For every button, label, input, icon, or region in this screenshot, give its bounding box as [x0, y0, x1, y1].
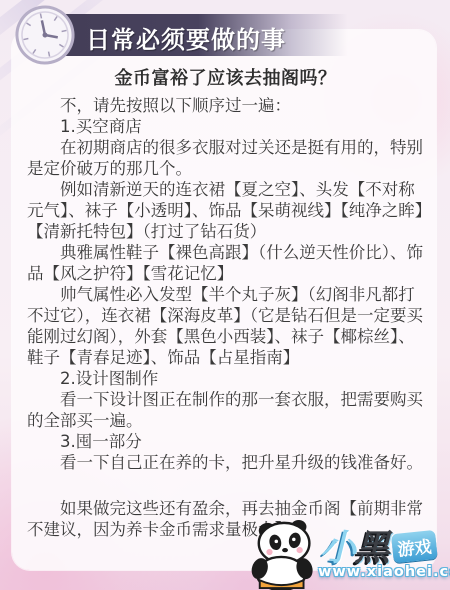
clock-icon	[8, 0, 82, 72]
paragraph: 例如清新逆天的连衣裙【夏之空】、头发【不对称元气】、袜子【小透明】、饰品【呆萌视…	[27, 179, 424, 242]
panda-mascot	[248, 518, 326, 590]
list-item-1: 1.买空商店	[27, 116, 424, 137]
paragraph: 不，请先按照以下顺序过一遍：	[27, 95, 424, 116]
article-body: 金币富裕了应该去抽阁吗？ 不，请先按照以下顺序过一遍： 1.买空商店 在初期商店…	[0, 60, 450, 540]
article-title: 金币富裕了应该去抽阁吗？	[27, 68, 424, 89]
paragraph: 帅气属性必入发型【半个丸子灰】（幻阁非凡都打不过它），连衣裙【深海皮革】（它是钻…	[27, 284, 424, 368]
site-watermark: 小黑 游戏 www.xiaohei.com	[248, 518, 448, 590]
paragraph: 在初期商店的很多衣服对过关还是挺有用的，特别是定价破万的那几个。	[27, 137, 424, 179]
header-banner: 日常必须要做的事	[36, 14, 348, 56]
site-url: www.xiaohei.com	[318, 564, 450, 580]
list-item-2: 2.设计图制作	[27, 368, 424, 389]
logo-text-hei: 黑	[354, 528, 388, 569]
logo-text-xiao: 小	[320, 528, 354, 569]
page-title: 日常必须要做的事	[86, 20, 286, 55]
paragraph: 看一下自己正在养的卡，把升星升级的钱准备好。	[27, 452, 424, 473]
list-item-3: 3.囤一部分	[27, 431, 424, 452]
logo-badge: 游戏	[391, 530, 438, 563]
paragraph: 典雅属性鞋子【裸色高跟】（什么逆天性价比）、饰品【风之护符】【雪花记忆】	[27, 242, 424, 284]
paragraph: 看一下设计图正在制作的那一套衣服，把需要购买的全部买一遍。	[27, 389, 424, 431]
